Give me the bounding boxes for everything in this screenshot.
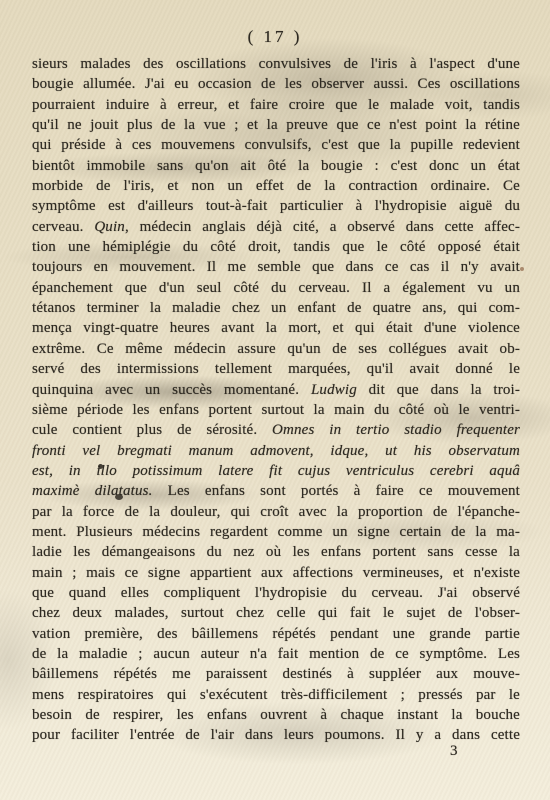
ink-blot (520, 267, 524, 271)
text-segment: bougie allumée. J'ai eu occasion de les … (32, 76, 520, 92)
ink-blot (98, 464, 103, 469)
text-segment: servé des intermissions tellement marqué… (32, 361, 520, 377)
text-line: épanchement que d'un seul côté du cervea… (32, 278, 520, 298)
text-line: pour faciliter l'entrée de l'air dans le… (32, 725, 520, 745)
text-line: par la force de la douleur, qui croît av… (32, 502, 520, 522)
text-segment: sieurs malades des oscillations convulsi… (32, 56, 520, 72)
text-line: quinquina avec un succès momentané. Ludw… (32, 380, 520, 400)
text-segment: , médecin anglais déjà cité, a observé d… (125, 219, 520, 235)
text-line: bâillemens répétés me paraissent destiné… (32, 664, 520, 684)
text-segment: cule contient plus de sérosité. (32, 422, 272, 438)
text-line: bientôt immobile sans qu'on ait ôté la b… (32, 156, 520, 176)
text-line: est, in illo potissimum latere fit cujus… (32, 461, 520, 481)
text-line: bougie allumée. J'ai eu occasion de les … (32, 74, 520, 94)
text-line: cerveau. Quin, médecin anglais déjà cité… (32, 217, 520, 237)
italic-segment: maximè dilatatus. (32, 483, 152, 499)
text-line: pourraient induire à erreur, et faire cr… (32, 95, 520, 115)
italic-segment: Omnes in tertio stadio frequenter (272, 422, 520, 438)
text-line: ladie les démangeaisons du nez où les en… (32, 542, 520, 562)
text-segment: cerveau. (32, 219, 94, 235)
text-segment: qu'il ne jouit plus de la vue ; et la pr… (32, 117, 520, 133)
text-line: fronti vel bregmati manum admovent, idqu… (32, 441, 520, 461)
text-segment: toujours en mouvement. Il me semble que … (32, 259, 520, 275)
text-segment: vation première, des bâillemens répétés … (32, 626, 520, 642)
text-segment: main ; mais ce signe appartient aux affe… (32, 565, 520, 581)
text-line: sieurs malades des oscillations convulsi… (32, 54, 520, 74)
text-segment: besoin de respirer, les enfans ouvrent à… (32, 707, 520, 723)
page-number: ( 17 ) (0, 27, 550, 47)
italic-segment: est, in illo potissimum latere fit cujus… (32, 463, 520, 479)
text-segment: sième période les enfans portent surtout… (32, 402, 520, 418)
text-line: qu'il ne jouit plus de la vue ; et la pr… (32, 115, 520, 135)
text-segment: morbide de l'iris, et non un effet de la… (32, 178, 520, 194)
text-line: mença vingt-quatre heures avant la mort,… (32, 318, 520, 338)
text-line: qui préside à ces mouvemens convulsifs, … (32, 135, 520, 155)
text-segment: pourraient induire à erreur, et faire cr… (32, 97, 520, 113)
text-line: servé des intermissions tellement marqué… (32, 359, 520, 379)
text-segment: dit que dans la troi- (357, 382, 520, 398)
text-segment: bâillemens répétés me paraissent destiné… (32, 666, 520, 682)
text-segment: quinquina avec un succès momentané. (32, 382, 311, 398)
text-line: toujours en mouvement. Il me semble que … (32, 257, 520, 277)
text-line: extrême. Ce même médecin assure qu'un de… (32, 339, 520, 359)
text-segment: Les enfans sont portés à faire ce mouvem… (152, 483, 520, 499)
text-line: tion une hémiplégie du côté droit, tandi… (32, 237, 520, 257)
italic-segment: Quin (94, 219, 125, 235)
text-line: cule contient plus de sérosité. Omnes in… (32, 420, 520, 440)
text-line: ment. Plusieurs médecins regardent comme… (32, 522, 520, 542)
signature-mark: 3 (450, 743, 458, 760)
text-segment: par la force de la douleur, qui croît av… (32, 504, 520, 520)
text-line: vation première, des bâillemens répétés … (32, 624, 520, 644)
text-line: symptôme est d'ailleurs tout-à-fait part… (32, 196, 520, 216)
text-line: sième période les enfans portent surtout… (32, 400, 520, 420)
text-segment: tion une hémiplégie du côté droit, tandi… (32, 239, 520, 255)
text-segment: qui préside à ces mouvemens convulsifs, … (32, 137, 520, 153)
text-segment: ment. Plusieurs médecins regardent comme… (32, 524, 520, 540)
text-segment: mença vingt-quatre heures avant la mort,… (32, 320, 520, 336)
italic-segment: Ludwig (311, 382, 357, 398)
text-segment: bientôt immobile sans qu'on ait ôté la b… (32, 158, 520, 174)
text-line: que quand elles compliquent l'hydropisie… (32, 583, 520, 603)
text-line: main ; mais ce signe appartient aux affe… (32, 563, 520, 583)
body-text: sieurs malades des oscillations convulsi… (32, 54, 520, 746)
italic-segment: fronti vel bregmati manum admovent, idqu… (32, 443, 520, 459)
text-segment: mens respiratoires qui s'exécutent très-… (32, 687, 520, 703)
text-segment: que quand elles compliquent l'hydropisie… (32, 585, 520, 601)
text-segment: extrême. Ce même médecin assure qu'un de… (32, 341, 520, 357)
text-segment: tétanos terminer la maladie chez un enfa… (32, 300, 520, 316)
book-page-scan: ( 17 ) sieurs malades des oscillations c… (0, 0, 550, 800)
text-segment: pour faciliter l'entrée de l'air dans le… (32, 727, 520, 743)
text-line: de la maladie ; aucun auteur n'a fait me… (32, 644, 520, 664)
text-segment: épanchement que d'un seul côté du cervea… (32, 280, 520, 296)
text-segment: chez deux malades, surtout chez celle qu… (32, 605, 520, 621)
text-line: maximè dilatatus. Les enfans sont portés… (32, 481, 520, 501)
text-line: chez deux malades, surtout chez celle qu… (32, 603, 520, 623)
text-line: mens respiratoires qui s'exécutent très-… (32, 685, 520, 705)
text-segment: symptôme est d'ailleurs tout-à-fait part… (32, 198, 520, 214)
text-line: tétanos terminer la maladie chez un enfa… (32, 298, 520, 318)
text-segment: ladie les démangeaisons du nez où les en… (32, 544, 520, 560)
ink-blot (115, 494, 123, 500)
text-segment: de la maladie ; aucun auteur n'a fait me… (32, 646, 520, 662)
text-line: besoin de respirer, les enfans ouvrent à… (32, 705, 520, 725)
text-line: morbide de l'iris, et non un effet de la… (32, 176, 520, 196)
